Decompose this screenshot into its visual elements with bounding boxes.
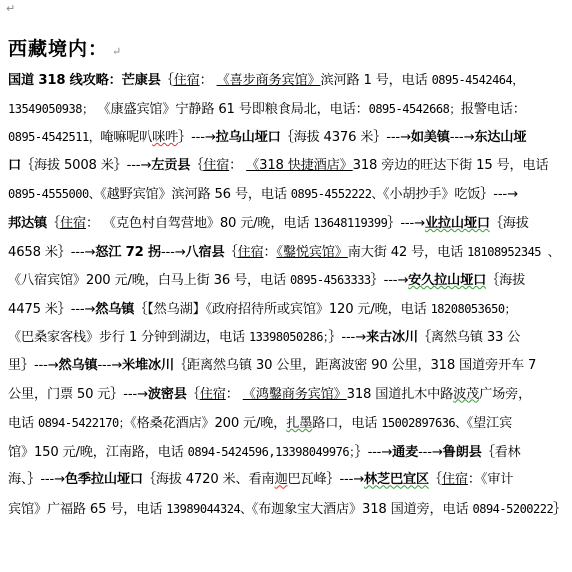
text-line: 海、｝---→色季拉山垭口｛海拔 4720 米、看南迦巴瓦峰｝---→林芝巴宜区… — [8, 466, 568, 495]
text-segment: 扎墨 — [286, 416, 312, 431]
bold-place-name: 邦达镇 — [8, 216, 47, 231]
text-segment: ｛海拔 4720 米、看南 — [143, 472, 275, 487]
text-segment: 《布迦象宝大酒店》318 国道旁，电话 — [252, 502, 473, 517]
text-segment: 迦 — [275, 472, 288, 487]
text-segment: 0895-4552222、 — [291, 187, 383, 201]
underlined-text: 《鑿悦宾馆》 — [276, 245, 347, 260]
underlined-text: 《318 快捷酒店》 — [246, 158, 353, 173]
text-segment: 0895-4555000、 — [8, 187, 100, 201]
text-segment: ---→ — [161, 245, 186, 260]
text-segment: 13989044324、 — [166, 502, 251, 516]
paragraph-mark: ↵ — [6, 2, 15, 15]
text-segment: 宾馆》广福路 65 号，电话 — [8, 502, 166, 517]
bold-place-name: 色季拉山垭口 — [65, 472, 143, 487]
text-segment: ： 《克色村自驾营地》80 元/晚，电话 — [86, 216, 313, 231]
text-segment: ｛海拔 — [486, 273, 525, 288]
text-segment: 13549050938； — [8, 102, 93, 116]
text-segment: 13648119399 — [313, 216, 387, 230]
text-segment: ｛看林 — [482, 445, 521, 460]
bold-place-name: 波密县 — [148, 387, 187, 402]
bold-place-name: 林芝巴宜区 — [364, 472, 429, 487]
bold-place-name: 怒江 72 拐 — [95, 245, 161, 260]
underlined-text: 《喜步商务宾馆》 — [217, 73, 321, 88]
underlined-text: 住宿 — [237, 245, 263, 260]
text-segment: 咪吽 — [152, 130, 178, 145]
text-segment: ｛ — [47, 216, 60, 231]
text-segment: 公里，门票 50 元｝---→ — [8, 387, 148, 402]
text-segment: ---→ — [418, 445, 443, 460]
text-segment: 18108952345 、 — [467, 245, 559, 259]
text-line: 《巴桑家客栈》步行 1 分钟到湖边，电话 13398050286；｝---→来古… — [8, 323, 568, 352]
text-segment: 4475 米｝---→ — [8, 302, 95, 317]
text-segment: ｛海拔 5008 米｝---→ — [21, 158, 151, 173]
text-segment: 0894-5424596,13398049976； — [188, 445, 355, 459]
text-segment: 318 国道扎木中路 — [347, 387, 454, 402]
text-segment: ｝---→ — [328, 330, 366, 345]
bold-place-name: 八宿县 — [186, 245, 225, 260]
text-segment: ｛【然乌湖】《政府招待所或宾馆》120 元/晚，电话 — [134, 302, 430, 317]
bold-place-name: 口 — [8, 158, 21, 173]
text-segment: ---→ — [97, 358, 122, 373]
text-segment: ｛海拔 — [490, 216, 529, 231]
text-segment: 波茂 — [453, 387, 479, 402]
section-heading: 西藏境内：↵ — [8, 34, 122, 61]
text-segment: ｛ — [161, 73, 174, 88]
text-segment: ： — [263, 245, 276, 260]
bold-place-name: 业拉山垭口 — [425, 216, 490, 231]
heading-text: 西藏境内： — [8, 38, 108, 60]
text-segment: 唵嘛呢叭 — [100, 130, 152, 145]
text-segment: 电话 — [8, 416, 38, 431]
bold-place-name: 通麦 — [392, 445, 418, 460]
text-segment: 《八宿宾馆》200 元/晚，白马上街 36 号，电话 — [8, 273, 290, 288]
bold-place-name: 鲁朗县 — [443, 445, 482, 460]
bold-place-name: 然乌镇 — [95, 302, 134, 317]
text-segment: ｛海拔 4376 米｝---→ — [281, 130, 411, 145]
bold-place-name: 安久拉山垭口 — [408, 273, 486, 288]
text-segment: ｝---→ — [371, 273, 409, 288]
text-segment: ｝---→ — [355, 445, 393, 460]
text-segment: 《格桑花酒店》200 元/晚， — [130, 416, 286, 431]
text-segment: ： — [226, 387, 243, 402]
bold-place-name: 东达山垭 — [474, 130, 526, 145]
text-segment: 馆》150 元/晚，江南路，电话 — [8, 445, 188, 460]
text-line: 电话 0894-5422170；《格桑花酒店》200 元/晚，扎墨路口，电话 1… — [8, 409, 568, 438]
text-segment: ｛距离然乌镇 30 公里，距离波密 90 公里，318 国道旁开车 7 — [174, 358, 536, 373]
text-line: 国道 318 线攻略：芒康县｛住宿： 《喜步商务宾馆》滨河路 1 号，电话 08… — [8, 66, 568, 95]
text-line: 4658 米｝---→怒江 72 拐---→八宿县｛住宿：《鑿悦宾馆》南大街 4… — [8, 238, 568, 267]
text-segment: 《康盛宾馆》宁静路 61 号即粮食局北，电话： — [93, 102, 368, 117]
text-segment: ｝---→ — [387, 216, 425, 231]
bold-place-name: 国道 318 线攻略：芒康县 — [8, 73, 161, 88]
text-segment: 南大街 42 号，电话 — [348, 245, 467, 260]
text-segment: 0895-4563333 — [290, 273, 371, 287]
text-segment: ｛ — [224, 245, 237, 260]
text-segment: ： — [200, 73, 217, 88]
underlined-text: 住宿 — [203, 158, 229, 173]
text-line: 邦达镇｛住宿： 《克色村自驾营地》80 元/晚，电话 13648119399｝-… — [8, 209, 568, 238]
text-segment: ｛ — [429, 472, 442, 487]
text-segment: 滨河路 1 号，电话 — [320, 73, 431, 88]
text-segment: ｝---→ — [178, 130, 216, 145]
paragraph-mark: ↵ — [112, 45, 122, 58]
text-segment: ｛ — [190, 158, 203, 173]
bold-place-name: 米堆冰川 — [122, 358, 174, 373]
text-line: 4475 米｝---→然乌镇｛【然乌湖】《政府招待所或宾馆》120 元/晚，电话… — [8, 295, 568, 324]
text-line: 宾馆》广福路 65 号，电话 13989044324、《布迦象宝大酒店》318 … — [8, 495, 568, 524]
text-segment: 318 旁边的旺达下街 15 号，电话 — [353, 158, 549, 173]
text-line: 公里，门票 50 元｝---→波密县｛住宿： 《鸿鑿商务宾馆》318 国道扎木中… — [8, 381, 568, 410]
document-body[interactable]: 国道 318 线攻略：芒康县｛住宿： 《喜步商务宾馆》滨河路 1 号，电话 08… — [8, 66, 568, 524]
text-segment: 0895-4542464， — [432, 73, 524, 87]
underlined-text: 住宿 — [200, 387, 226, 402]
text-segment: 0895-4542668； — [369, 102, 461, 116]
text-segment: ： — [229, 158, 246, 173]
bold-place-name: 然乌镇 — [59, 358, 98, 373]
text-line: 《八宿宾馆》200 元/晚，白马上街 36 号，电话 0895-4563333｝… — [8, 266, 568, 295]
bold-place-name: 拉乌山垭口 — [216, 130, 281, 145]
text-line: 口｛海拔 5008 米｝---→左贡县｛住宿： 《318 快捷酒店》318 旁边… — [8, 152, 568, 181]
text-line: 馆》150 元/晚，江南路，电话 0894-5424596,1339804997… — [8, 438, 568, 467]
text-line: 里｝---→然乌镇---→米堆冰川｛距离然乌镇 30 公里，距离波密 90 公里… — [8, 352, 568, 381]
text-segment: 《望江宾 — [467, 416, 512, 431]
text-segment: 海、｝---→ — [8, 472, 65, 487]
bold-place-name: 左贡县 — [151, 158, 190, 173]
underlined-text: 住宿 — [442, 472, 468, 487]
text-segment: 18208053650； — [431, 302, 516, 316]
text-segment: 路口，电话 — [312, 416, 381, 431]
text-segment: 广场旁， — [479, 387, 531, 402]
text-segment: 0894-5200222 — [473, 502, 554, 516]
underlined-text: 住宿 — [174, 73, 200, 88]
text-segment: 巴瓦峰｝---→ — [288, 472, 364, 487]
bold-place-name: 来古冰川 — [366, 330, 418, 345]
text-segment: 0895-4542511， — [8, 130, 100, 144]
text-segment: 《小胡抄手》吃饭｝---→ — [383, 187, 518, 202]
text-segment: ｝ — [553, 502, 566, 517]
text-line: 13549050938； 《康盛宾馆》宁静路 61 号即粮食局北，电话：0895… — [8, 95, 568, 124]
text-segment: 里｝---→ — [8, 358, 59, 373]
text-segment: 报警电话： — [461, 102, 526, 117]
text-segment: ---→ — [450, 130, 475, 145]
text-line: 0895-4542511，唵嘛呢叭咪吽｝---→拉乌山垭口｛海拔 4376 米｝… — [8, 123, 568, 152]
text-line: 0895-4555000、《越野宾馆》滨河路 56 号，电话 0895-4552… — [8, 180, 568, 209]
text-segment: ｛离然乌镇 33 公 — [418, 330, 520, 345]
text-segment: ：《审计 — [468, 472, 513, 487]
text-segment: 4658 米｝---→ — [8, 245, 95, 260]
text-segment: 15002897636、 — [381, 416, 466, 430]
text-segment: 《越野宾馆》滨河路 56 号，电话 — [100, 187, 291, 202]
text-segment: 0894-5422170； — [38, 416, 130, 430]
text-segment: 13398050286； — [249, 330, 328, 344]
bold-place-name: 如美镇 — [411, 130, 450, 145]
text-segment: 《巴桑家客栈》步行 1 分钟到湖边，电话 — [8, 330, 249, 345]
text-segment: ｛ — [187, 387, 200, 402]
underlined-text: 《鸿鑿商务宾馆》 — [243, 387, 347, 402]
underlined-text: 住宿 — [60, 216, 86, 231]
